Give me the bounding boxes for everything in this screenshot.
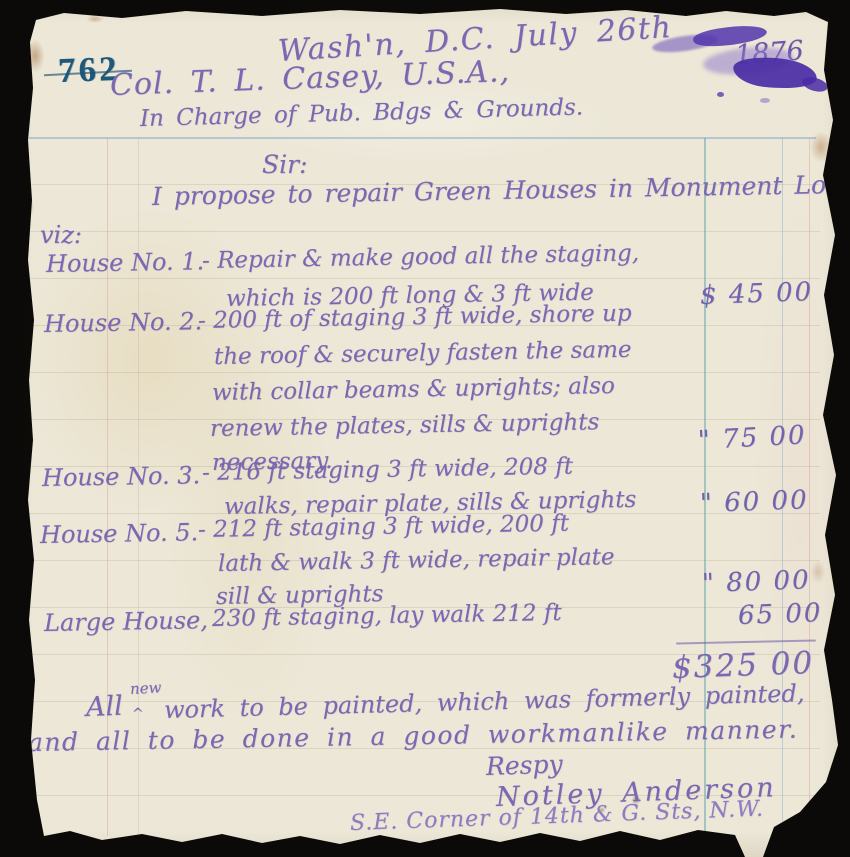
ink-blot — [717, 92, 724, 97]
header-rule-line — [28, 137, 816, 139]
item-house3-label: House No. 3. — [42, 461, 201, 492]
stain-spot — [806, 126, 836, 168]
viz-label: viz: — [40, 221, 82, 249]
salutation: Sir: — [262, 150, 308, 179]
item-large-house-label: Large House, — [44, 606, 208, 637]
item-large-house-amount: 65 00 — [737, 598, 822, 631]
valediction: Respy — [485, 749, 563, 781]
closing-word-all: All — [85, 691, 123, 723]
addressee-title-line: In Charge of Pub. Bdgs & Grounds. — [140, 94, 584, 132]
stain-spot — [22, 34, 48, 78]
date-year: 1876 — [734, 35, 805, 71]
item-house5-amount: " 80 00 — [701, 565, 811, 599]
ink-blot — [801, 75, 829, 94]
right-margin-line — [809, 138, 810, 836]
item-house2-amount: " 75 00 — [697, 420, 807, 456]
addressee-line: Col. T. L. Casey, U.S.A., — [109, 54, 510, 103]
ink-blot — [760, 98, 770, 103]
scanned-letter-page: { "palette":{ "background":"#0b0a08", "p… — [0, 0, 850, 857]
letter-paper: 762 Wash'n, D.C. July 26th 1876 Col. T. … — [0, 0, 850, 857]
item-house3-amount: " 60 00 — [699, 485, 809, 519]
item-house1-amount: $ 45 00 — [699, 277, 813, 311]
closing-inserted-word: new — [130, 678, 162, 698]
item-house1-label: House No. 1. — [46, 247, 205, 278]
item-house5-label: House No. 5. — [40, 518, 199, 549]
item-house2-label: House No. 2. — [44, 307, 203, 338]
stain-spot — [84, 14, 106, 24]
closing-caret-mark: ^ — [132, 706, 144, 722]
